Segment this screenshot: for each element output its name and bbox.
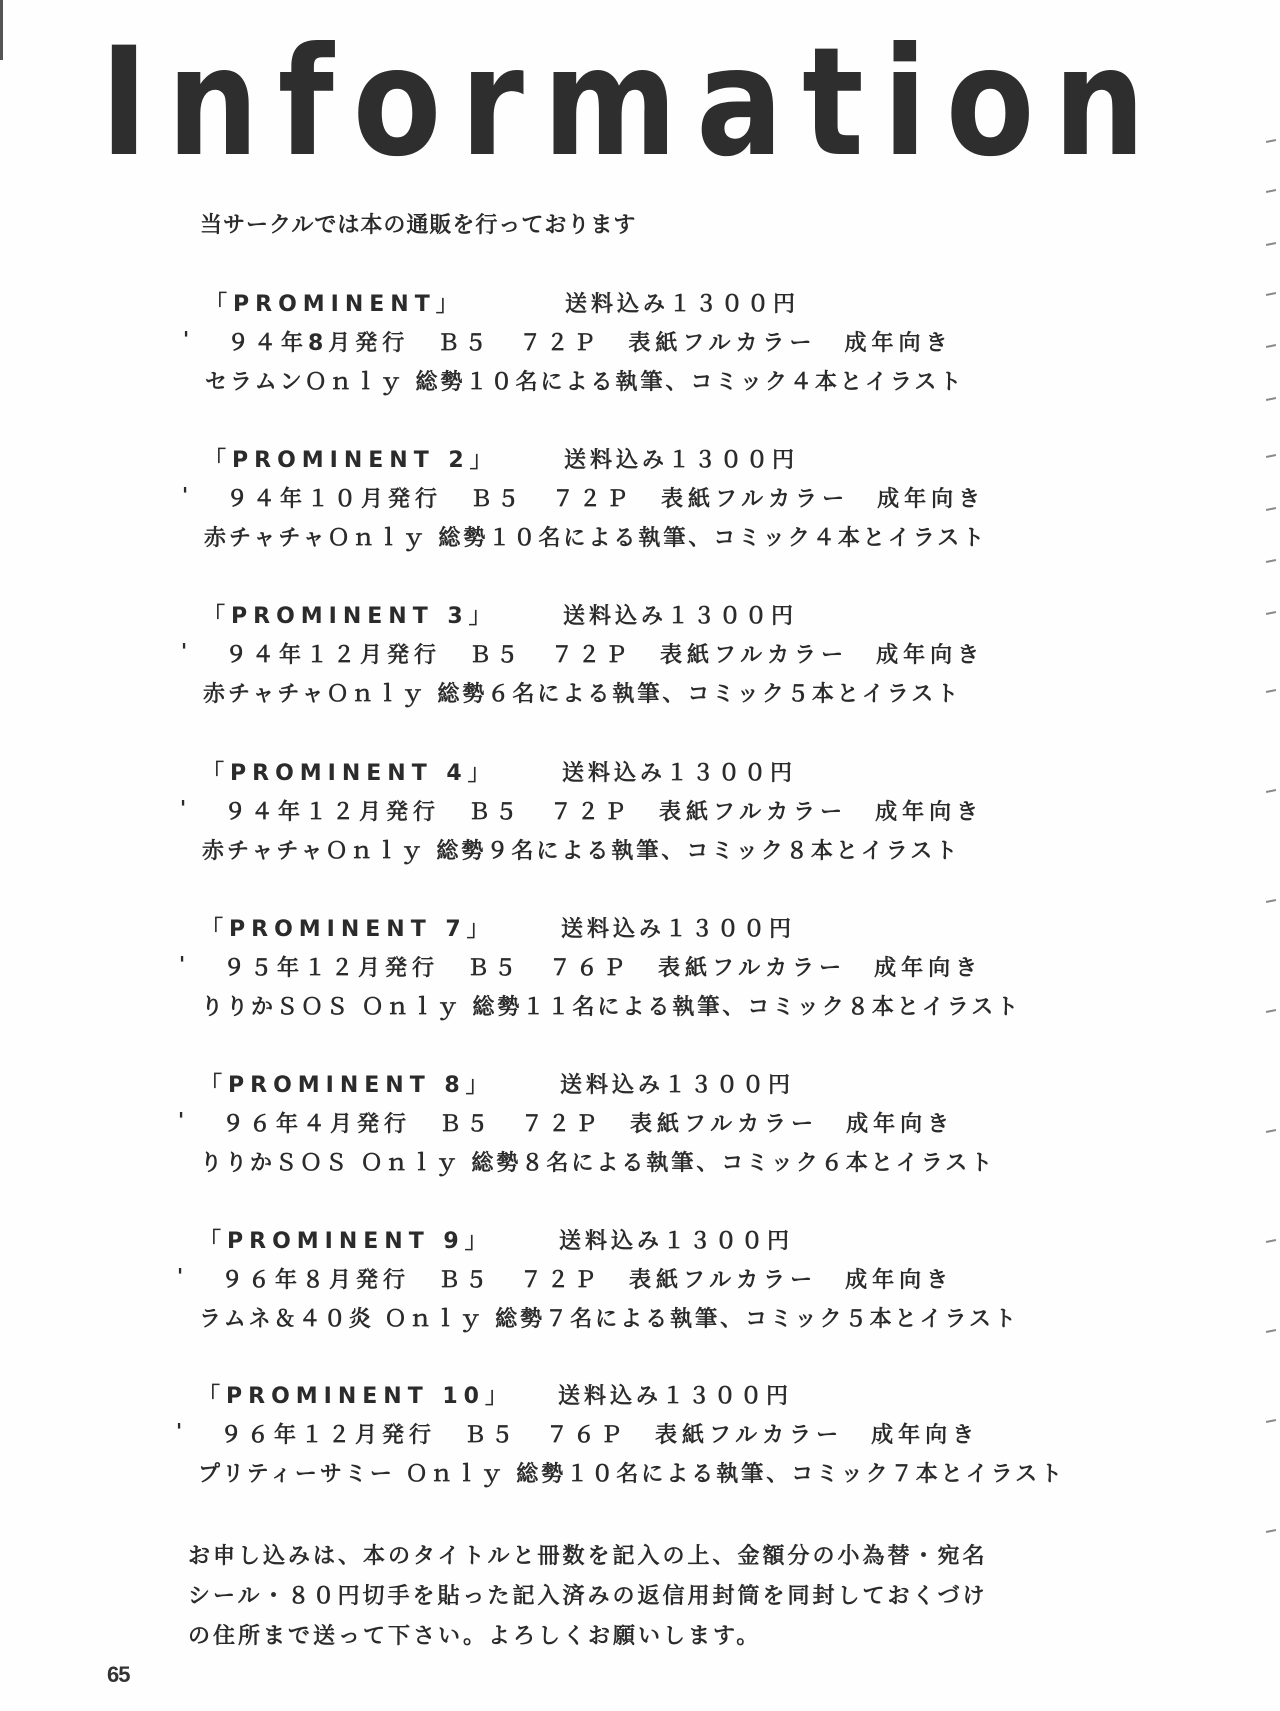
order-instructions-line: お申し込みは、本のタイトルと冊数を記入の上、金額分の小為替・宛名 [188,1537,988,1577]
page-title: Information [100,28,1012,178]
entry-price: 送料込み１３００円 [565,285,799,324]
spec-size: Ｂ５ [470,487,524,512]
binding-edge-mark [0,0,3,60]
intro-text: 当サークルでは本の通販を行っております [200,208,636,239]
scan-edge-mark [1266,1009,1276,1013]
entry-header: 「PROMINENT 7」送料込み１３００円 [201,910,1101,949]
catalog-entry: 「PROMINENT」送料込み１３００円 ' ９４年8月発行Ｂ５７２Ｐ表紙フルカ… [205,285,1105,402]
entry-title: 「PROMINENT 4」 [202,754,562,793]
entry-title: 「PROMINENT 2」 [204,441,564,480]
page-number: 65 [107,1662,129,1688]
spec-cover: 表紙フルカラー [628,331,816,356]
apostrophe-mark: ' [178,1101,189,1140]
scan-edge-mark [1266,789,1276,793]
entry-spec: ' ９４年１０月発行Ｂ５７２Ｐ表紙フルカラー成年向き [204,480,1104,519]
spec-size: Ｂ５ [439,1112,493,1137]
spec-pages: ７２Ｐ [551,643,632,668]
catalog-entry: 「PROMINENT 2」送料込み１３００円 ' ９４年１０月発行Ｂ５７２Ｐ表紙… [204,441,1104,558]
spec-date: ９４年１２月発行 [225,643,441,668]
apostrophe-mark: ' [180,789,191,828]
entry-spec: ' ９４年8月発行Ｂ５７２Ｐ表紙フルカラー成年向き [205,324,1105,363]
scan-edge-mark [1266,559,1276,563]
catalog-entry: 「PROMINENT 4」送料込み１３００円 ' ９４年１２月発行Ｂ５７２Ｐ表紙… [202,754,1102,871]
spec-rating: 成年向き [874,956,982,981]
spec-date: ９５年１２月発行 [223,956,439,981]
scan-edge-mark [1266,344,1276,348]
spec-cover: 表紙フルカラー [660,643,848,668]
spec-size: Ｂ５ [467,956,521,981]
entry-description: りりかＳＯＳ Ｏｎｌｙ 総勢１１名による執筆、コミック８本とイラスト [201,988,1101,1027]
order-instructions: お申し込みは、本のタイトルと冊数を記入の上、金額分の小為替・宛名 シール・８０円… [188,1537,988,1657]
entry-price: 送料込み１３００円 [563,597,797,636]
apostrophe-mark: ' [176,1412,187,1451]
apostrophe-mark: ' [182,476,193,515]
spec-pages: ７２Ｐ [519,331,600,356]
scan-edge-mark [1266,1129,1276,1133]
entry-price: 送料込み１３００円 [564,441,798,480]
spec-pages: ７６Ｐ [546,1423,627,1448]
entry-header: 「PROMINENT 4」送料込み１３００円 [202,754,1102,793]
scan-edge-mark [1266,507,1276,511]
spec-rating: 成年向き [877,487,985,512]
entry-price: 送料込み１３００円 [560,1066,794,1105]
entry-spec: ' ９４年１２月発行Ｂ５７２Ｐ表紙フルカラー成年向き [202,793,1102,832]
apostrophe-mark: ' [181,632,192,671]
entry-title: 「PROMINENT 8」 [200,1066,560,1105]
spec-size: Ｂ５ [438,1268,492,1293]
scan-edge-mark [1266,139,1276,143]
entry-header: 「PROMINENT 9」送料込み１３００円 [199,1222,1099,1261]
spec-size: Ｂ５ [469,643,523,668]
entry-price: 送料込み１３００円 [561,910,795,949]
entry-spec: ' ９５年１２月発行Ｂ５７６Ｐ表紙フルカラー成年向き [201,949,1101,988]
spec-date: ９４年8月発行 [227,331,409,356]
scan-edge-mark [1266,397,1276,401]
spec-pages: ７６Ｐ [549,956,630,981]
entry-description: 赤チャチャＯｎｌｙ 総勢６名による執筆、コミック５本とイラスト [203,675,1103,714]
entry-header: 「PROMINENT 10」送料込み１３００円 [198,1377,1098,1416]
spec-rating: 成年向き [876,643,984,668]
entry-spec: ' ９６年８月発行Ｂ５７２Ｐ表紙フルカラー成年向き [199,1261,1099,1300]
entry-header: 「PROMINENT 3」送料込み１３００円 [203,597,1103,636]
entry-title: 「PROMINENT」 [205,285,565,324]
spec-cover: 表紙フルカラー [655,1423,843,1448]
catalog-entry: 「PROMINENT 10」送料込み１３００円 ' ９６年１２月発行Ｂ５７６Ｐ表… [198,1377,1098,1494]
entry-price: 送料込み１３００円 [558,1377,792,1416]
order-instructions-line: の住所まで送って下さい。よろしくお願いします。 [188,1617,988,1657]
catalog-entry: 「PROMINENT 9」送料込み１３００円 ' ９６年８月発行Ｂ５７２Ｐ表紙フ… [199,1222,1099,1339]
scan-edge-mark [1266,1419,1276,1423]
apostrophe-mark: ' [183,320,194,359]
spec-rating: 成年向き [845,1268,953,1293]
spec-date: ９４年１０月発行 [226,487,442,512]
spec-cover: 表紙フルカラー [629,1268,817,1293]
scan-edge-mark [1266,292,1276,296]
scanned-page: Information 当サークルでは本の通販を行っております 「PROMINE… [0,0,1280,1711]
spec-pages: ７２Ｐ [552,487,633,512]
apostrophe-mark: ' [179,945,190,984]
entry-title: 「PROMINENT 7」 [201,910,561,949]
scan-edge-mark [1266,242,1276,246]
entry-header: 「PROMINENT」送料込み１３００円 [205,285,1105,324]
scan-edge-mark [1266,1329,1276,1333]
entry-title: 「PROMINENT 9」 [199,1222,559,1261]
spec-rating: 成年向き [844,331,952,356]
catalog-entry: 「PROMINENT 7」送料込み１３００円 ' ９５年１２月発行Ｂ５７６Ｐ表紙… [201,910,1101,1027]
entry-header: 「PROMINENT 2」送料込み１３００円 [204,441,1104,480]
scan-edge-mark [1266,454,1276,458]
entry-description: りりかＳＯＳ Ｏｎｌｙ 総勢８名による執筆、コミック６本とイラスト [200,1144,1100,1183]
spec-size: Ｂ５ [437,331,491,356]
scan-edge-mark [1266,689,1276,693]
apostrophe-mark: ' [177,1257,188,1296]
spec-cover: 表紙フルカラー [659,800,847,825]
spec-date: ９６年８月発行 [221,1268,410,1293]
scan-edge-mark [1266,611,1276,615]
entry-title: 「PROMINENT 3」 [203,597,563,636]
scan-edge-mark [1266,189,1276,193]
spec-cover: 表紙フルカラー [661,487,849,512]
spec-date: ９６年４月発行 [222,1112,411,1137]
catalog-entry: 「PROMINENT 8」送料込み１３００円 ' ９６年４月発行Ｂ５７２Ｐ表紙フ… [200,1066,1100,1183]
entry-price: 送料込み１３００円 [559,1222,793,1261]
scan-edge-mark [1266,1529,1276,1533]
entry-price: 送料込み１３００円 [562,754,796,793]
spec-pages: ７２Ｐ [520,1268,601,1293]
spec-rating: 成年向き [871,1423,979,1448]
spec-cover: 表紙フルカラー [630,1112,818,1137]
entry-description: 赤チャチャＯｎｌｙ 総勢９名による執筆、コミック８本とイラスト [202,832,1102,871]
spec-rating: 成年向き [846,1112,954,1137]
entry-description: ラムネ＆４０炎 Ｏｎｌｙ 総勢７名による執筆、コミック５本とイラスト [199,1300,1099,1339]
entry-description: プリティーサミー Ｏｎｌｙ 総勢１０名による執筆、コミック７本とイラスト [198,1455,1098,1494]
entry-spec: ' ９６年１２月発行Ｂ５７６Ｐ表紙フルカラー成年向き [198,1416,1098,1455]
entry-spec: ' ９４年１２月発行Ｂ５７２Ｐ表紙フルカラー成年向き [203,636,1103,675]
spec-cover: 表紙フルカラー [658,956,846,981]
catalog-entry: 「PROMINENT 3」送料込み１３００円 ' ９４年１２月発行Ｂ５７２Ｐ表紙… [203,597,1103,714]
scan-edge-mark [1266,1239,1276,1243]
spec-rating: 成年向き [875,800,983,825]
spec-date: ９６年１２月発行 [220,1423,436,1448]
spec-size: Ｂ５ [464,1423,518,1448]
spec-pages: ７２Ｐ [550,800,631,825]
scan-edge-mark [1266,899,1276,903]
entry-title: 「PROMINENT 10」 [198,1377,558,1416]
spec-size: Ｂ５ [468,800,522,825]
order-instructions-line: シール・８０円切手を貼った記入済みの返信用封筒を同封しておくづけ [188,1577,988,1617]
entry-description: 赤チャチャＯｎｌｙ 総勢１０名による執筆、コミック４本とイラスト [204,519,1104,558]
spec-pages: ７２Ｐ [521,1112,602,1137]
spec-date: ９４年１２月発行 [224,800,440,825]
entry-header: 「PROMINENT 8」送料込み１３００円 [200,1066,1100,1105]
entry-spec: ' ９６年４月発行Ｂ５７２Ｐ表紙フルカラー成年向き [200,1105,1100,1144]
entry-description: セラムンＯｎｌｙ 総勢１０名による執筆、コミック４本とイラスト [205,363,1105,402]
